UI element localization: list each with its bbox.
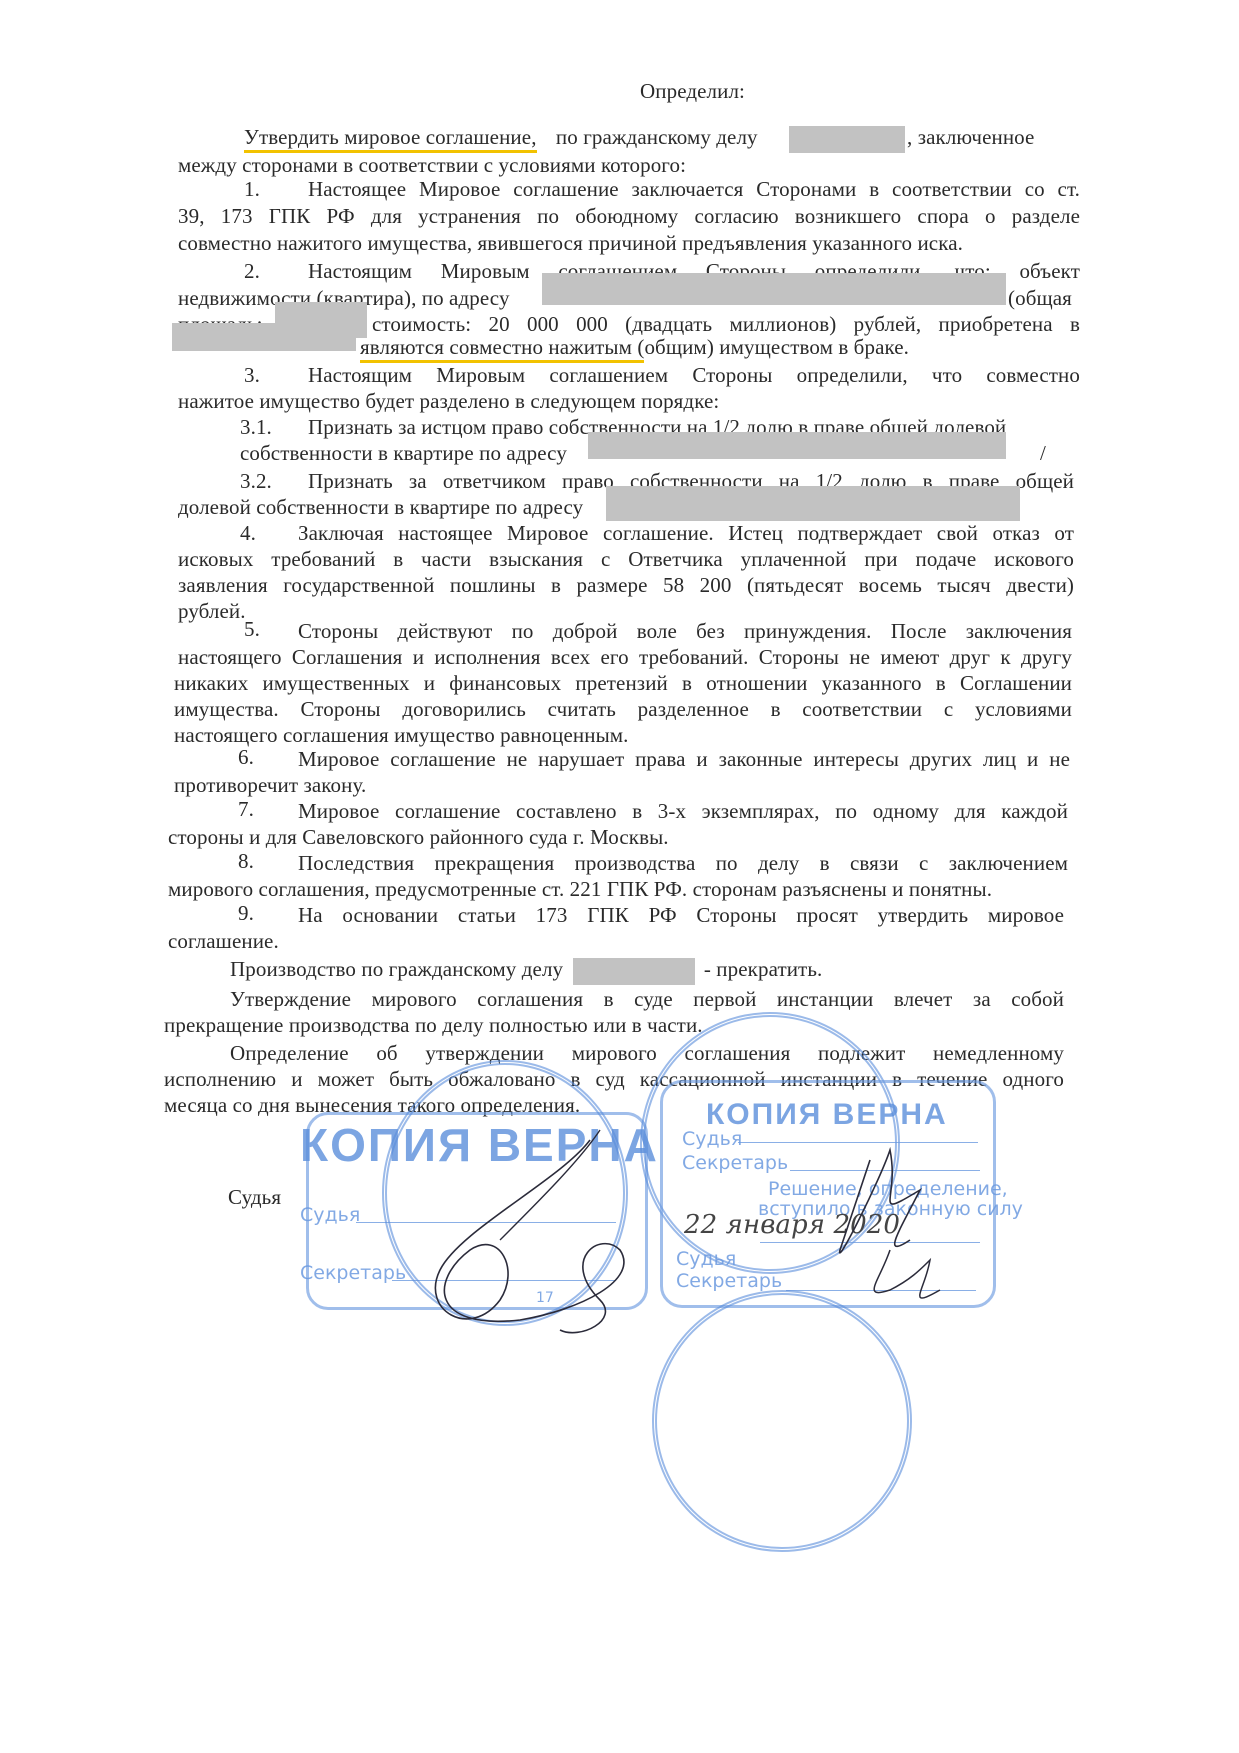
handwritten-signatures [0,0,1239,1753]
document-page: Определил: Утвердить мировое соглашение,… [0,0,1239,1753]
